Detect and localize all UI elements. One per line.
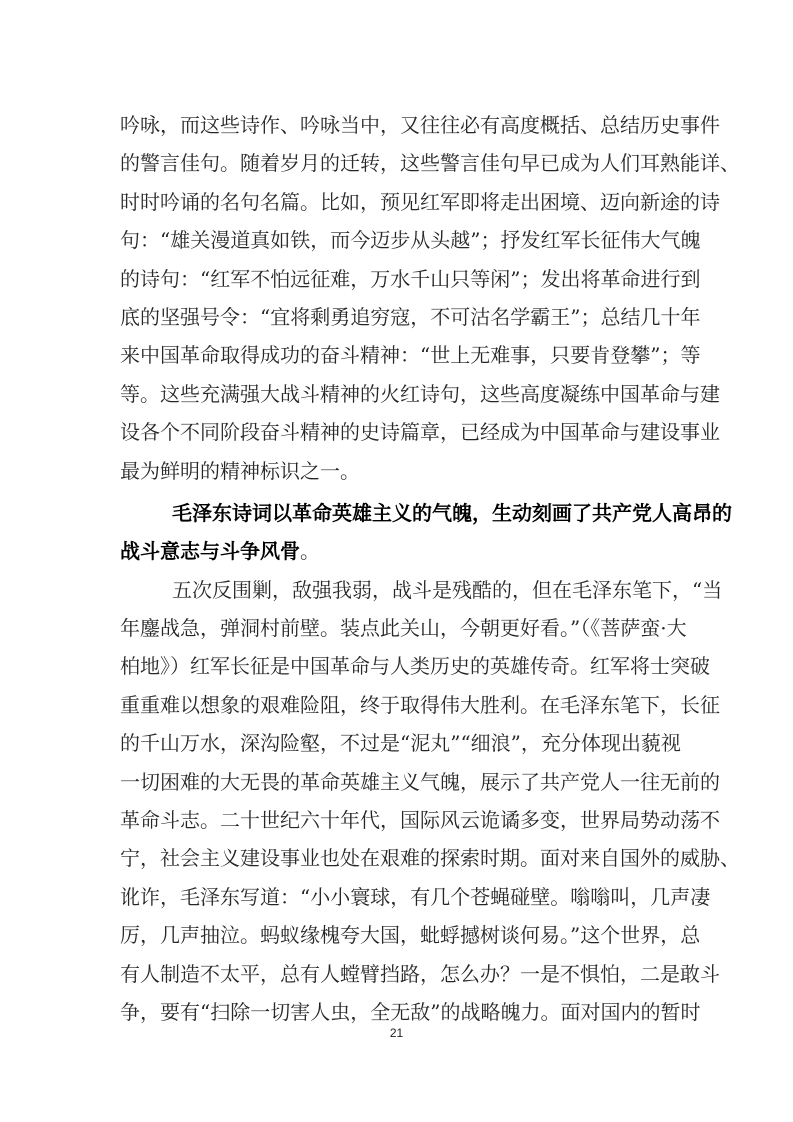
text-line: 句：“雄关漫道真如铁，而今迈步从头越”；抒发红军长征伟大气魄	[120, 221, 676, 259]
text-line: 的诗句：“红军不怕远征难，万水千山只等闲”；发出将革命进行到	[120, 260, 676, 298]
page-number: 21	[0, 1026, 793, 1040]
text-line: 来中国革命取得成功的奋斗精神：“世上无难事，只要肯登攀”；等	[120, 336, 676, 374]
heading-line: 毛泽东诗词以革命英雄主义的气魄，生动刻画了共产党人高昂的	[120, 494, 676, 532]
text-line: 厉，几声抽泣。蚂蚁缘槐夸大国，蚍蜉撼树谈何易。”这个世界，总	[120, 916, 676, 954]
text-line: 讹诈，毛泽东写道：“小小寰球，有几个苍蝇碰壁。嗡嗡叫，几声凄	[120, 878, 676, 916]
paragraph-revolutionary-heroism: 五次反围剿，敌强我弱，战斗是残酷的，但在毛泽东笔下，“当 年鏖战急，弹洞村前壁。…	[120, 571, 676, 1032]
text-line: 柏地》）红军长征是中国革命与人类历史的英雄传奇。红军将士突破	[120, 647, 676, 685]
text-line: 宁，社会主义建设事业也处在艰难的探索时期。面对来自国外的威胁、	[120, 839, 676, 877]
text-line: 有人制造不太平，总有人螳臂挡路，怎么办？一是不惧怕，二是敢斗	[120, 955, 676, 993]
text-line: 底的坚强号令：“宜将剩勇追穷寇，不可沽名学霸王”；总结几十年	[120, 298, 676, 336]
text-line: 等。这些充满强大战斗精神的火红诗句，这些高度凝练中国革命与建	[120, 375, 676, 413]
text-line: 时时吟诵的名句名篇。比如，预见红军即将走出困境、迈向新途的诗	[120, 183, 676, 221]
page-body: 吟咏，而这些诗作、吟咏当中，又往往必有高度概括、总结历史事件 的警言佳句。随着岁…	[120, 106, 676, 1031]
text-line: 设各个不同阶段奋斗精神的史诗篇章，已经成为中国革命与建设事业	[120, 413, 676, 451]
heading-text: 战斗意志与斗争风骨	[120, 539, 300, 563]
text-line: 年鏖战急，弹洞村前壁。装点此关山，今朝更好看。”（《菩萨蛮·大	[120, 609, 676, 647]
heading-line: 战斗意志与斗争风骨。	[120, 532, 676, 570]
heading-period: 。	[300, 539, 320, 563]
document-page: 吟咏，而这些诗作、吟咏当中，又往往必有高度概括、总结历史事件 的警言佳句。随着岁…	[0, 0, 793, 1122]
paragraph-poetry-quotes: 吟咏，而这些诗作、吟咏当中，又往往必有高度概括、总结历史事件 的警言佳句。随着岁…	[120, 106, 676, 490]
text-line: 革命斗志。二十世纪六十年代，国际风云诡谲多变，世界局势动荡不	[120, 801, 676, 839]
text-line: 最为鲜明的精神标识之一。	[120, 452, 676, 490]
text-line: 一切困难的大无畏的革命英雄主义气魄，展示了共产党人一往无前的	[120, 763, 676, 801]
text-line: 重重难以想象的艰难险阻，终于取得伟大胜利。在毛泽东笔下，长征	[120, 686, 676, 724]
text-line: 的千山万水，深沟险壑，不过是“泥丸”“细浪”，充分体现出藐视	[120, 724, 676, 762]
text-line: 五次反围剿，敌强我弱，战斗是残酷的，但在毛泽东笔下，“当	[120, 571, 676, 609]
text-line: 吟咏，而这些诗作、吟咏当中，又往往必有高度概括、总结历史事件	[120, 106, 676, 144]
text-line: 的警言佳句。随着岁月的迁转，这些警言佳句早已成为人们耳熟能详、	[120, 144, 676, 182]
section-heading: 毛泽东诗词以革命英雄主义的气魄，生动刻画了共产党人高昂的 战斗意志与斗争风骨。	[120, 494, 676, 571]
